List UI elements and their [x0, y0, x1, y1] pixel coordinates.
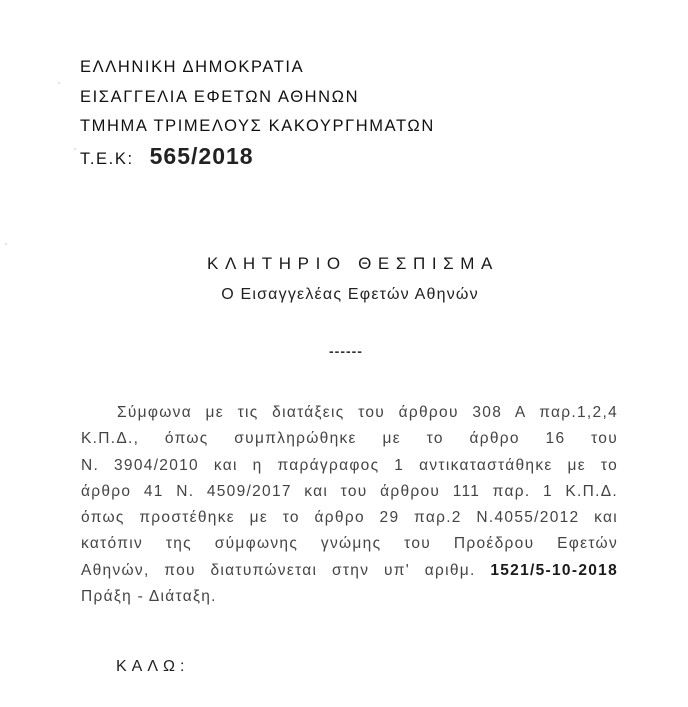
closing-summon: ΚΑΛΩ: — [116, 658, 189, 676]
act-number: 1521/5-10-2018 — [490, 562, 618, 579]
body-line: Κ.Π.Δ., όπως συμπληρώθηκε με το άρθρο 16… — [81, 426, 618, 452]
tek-number: 565/2018 — [150, 143, 254, 170]
tek-label: Τ.Ε.Κ: — [80, 150, 134, 169]
body-line-text: Αθηνών, που διατυπώνεται στην υπ' αριθμ. — [81, 562, 476, 579]
body-line: Ν. 3904/2010 και η παράγραφος 1 αντικατα… — [81, 453, 618, 479]
tek-reference: Τ.Ε.Κ: 565/2018 — [80, 143, 254, 170]
document-title: ΚΛΗΤΗΡΙΟ ΘΕΣΠΙΣΜΑ — [0, 254, 688, 274]
body-line: Σύμφωνα με τις διατάξεις του άρθρου 308 … — [81, 400, 618, 426]
header-department: ΤΜΗΜΑ ΤΡΙΜΕΛΟΥΣ ΚΑΚΟΥΡΓΗΜΑΤΩΝ — [80, 117, 435, 136]
body-line: άρθρο 41 Ν. 4509/2017 και του άρθρου 111… — [81, 479, 618, 505]
body-line-last: Πράξη - Διάταξη. — [81, 584, 618, 610]
document-subtitle: Ο Εισαγγελέας Εφετών Αθηνών — [0, 286, 688, 304]
scan-speck — [58, 82, 60, 84]
header-prosecutor-office: ΕΙΣΑΓΓΕΛΙΑ ΕΦΕΤΩΝ ΑΘΗΝΩΝ — [80, 88, 359, 107]
body-line-with-act: Αθηνών, που διατυπώνεται στην υπ' αριθμ.… — [81, 558, 618, 584]
header-republic: ΕΛΛΗΝΙΚΗ ΔΗΜΟΚΡΑΤΙΑ — [80, 58, 304, 77]
body-paragraph: Σύμφωνα με τις διατάξεις του άρθρου 308 … — [81, 400, 618, 610]
body-line: κατόπιν της σύμφωνης γνώμης του Προέδρου… — [81, 531, 618, 557]
scan-speck — [5, 243, 7, 245]
scan-speck — [74, 148, 76, 150]
body-line: όπως προστέθηκε με το άρθρο 29 παρ.2 Ν.4… — [81, 505, 618, 531]
separator: ------ — [329, 343, 363, 359]
